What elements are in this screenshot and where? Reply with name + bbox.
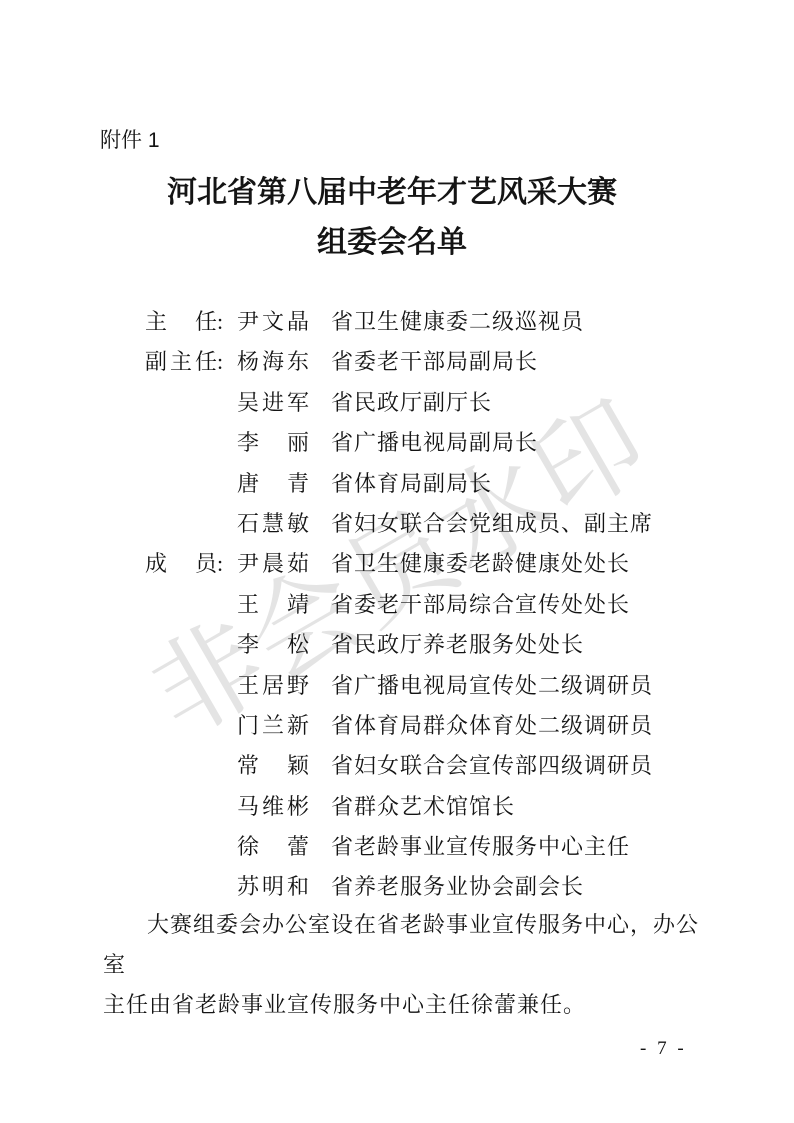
role-cell — [145, 706, 237, 746]
member-name: 唐青 — [237, 464, 309, 504]
role-cell — [145, 787, 237, 827]
member-position: 省委老干部局综合宣传处处长 — [331, 585, 714, 625]
member-position: 省卫生健康委二级巡视员 — [331, 302, 714, 342]
attachment-label: 附件 1 — [100, 128, 160, 154]
member-position: 省卫生健康委老龄健康处处长 — [331, 544, 714, 584]
role-cell — [145, 423, 237, 463]
member-position: 省体育局群众体育处二级调研员 — [331, 706, 714, 746]
committee-row: 唐青 省体育局副局长 — [145, 464, 714, 504]
committee-row: 吴进军 省民政厅副厅长 — [145, 383, 714, 423]
document-title-line2: 组委会名单 — [0, 218, 784, 268]
committee-row: 李松 省民政厅养老服务处处长 — [145, 625, 714, 665]
member-name: 李丽 — [237, 423, 309, 463]
member-name: 门兰新 — [237, 706, 309, 746]
document-title: 河北省第八届中老年才艺风采大赛 组委会名单 — [0, 168, 784, 268]
member-name: 尹文晶 — [237, 302, 309, 342]
document-page: 非会员水印 附件 1 河北省第八届中老年才艺风采大赛 组委会名单 主任: 尹文晶… — [0, 0, 794, 1123]
committee-row: 副主任: 杨海东 省委老干部局副局长 — [145, 342, 714, 382]
role-cell — [145, 867, 237, 907]
document-title-line1: 河北省第八届中老年才艺风采大赛 — [0, 168, 784, 218]
committee-row: 石慧敏 省妇女联合会党组成员、副主席 — [145, 504, 714, 544]
committee-row: 成员: 尹晨茹 省卫生健康委老龄健康处处长 — [145, 544, 714, 584]
member-name: 王靖 — [237, 585, 309, 625]
role-label: 成员 — [145, 544, 217, 584]
role-cell — [145, 746, 237, 786]
role-label: 副主任 — [145, 342, 217, 382]
page-number: - 7 - — [640, 1038, 687, 1060]
role-colon: : — [217, 544, 223, 584]
role-cell — [145, 625, 237, 665]
member-name: 徐蕾 — [237, 827, 309, 867]
member-name: 王居野 — [237, 666, 309, 706]
member-position: 省养老服务业协会副会长 — [331, 867, 714, 907]
role-cell — [145, 585, 237, 625]
member-name: 吴进军 — [237, 383, 309, 423]
committee-row: 门兰新 省体育局群众体育处二级调研员 — [145, 706, 714, 746]
role-cell: 主任: — [145, 302, 237, 342]
committee-list: 主任: 尹文晶 省卫生健康委二级巡视员 副主任: 杨海东 省委老干部局副局长 吴… — [145, 302, 714, 908]
role-cell — [145, 383, 237, 423]
member-name: 马维彬 — [237, 787, 309, 827]
closing-paragraph-line2: 主任由省老龄事业宣传服务中心主任徐蕾兼任。 — [103, 985, 703, 1025]
role-cell — [145, 464, 237, 504]
role-cell: 副主任: — [145, 342, 237, 382]
committee-row: 李丽 省广播电视局副局长 — [145, 423, 714, 463]
role-cell — [145, 504, 237, 544]
closing-paragraph-line1: 大赛组委会办公室设在省老龄事业宣传服务中心，办公室 — [103, 905, 703, 985]
member-position: 省广播电视局宣传处二级调研员 — [331, 666, 714, 706]
role-label: 主任 — [145, 302, 217, 342]
role-colon: : — [217, 342, 223, 382]
member-name: 石慧敏 — [237, 504, 309, 544]
member-position: 省体育局副局长 — [331, 464, 714, 504]
committee-row: 苏明和 省养老服务业协会副会长 — [145, 867, 714, 907]
member-position: 省广播电视局副局长 — [331, 423, 714, 463]
member-position: 省妇女联合会宣传部四级调研员 — [331, 746, 714, 786]
member-position: 省民政厅养老服务处处长 — [331, 625, 714, 665]
committee-row: 主任: 尹文晶 省卫生健康委二级巡视员 — [145, 302, 714, 342]
member-position: 省群众艺术馆馆长 — [331, 787, 714, 827]
member-name: 杨海东 — [237, 342, 309, 382]
committee-row: 王靖 省委老干部局综合宣传处处长 — [145, 585, 714, 625]
member-position: 省委老干部局副局长 — [331, 342, 714, 382]
role-colon: : — [217, 302, 223, 342]
member-position: 省老龄事业宣传服务中心主任 — [331, 827, 714, 867]
member-name: 尹晨茹 — [237, 544, 309, 584]
role-cell: 成员: — [145, 544, 237, 584]
member-name: 苏明和 — [237, 867, 309, 907]
member-name: 李松 — [237, 625, 309, 665]
member-position: 省民政厅副厅长 — [331, 383, 714, 423]
committee-row: 王居野 省广播电视局宣传处二级调研员 — [145, 666, 714, 706]
committee-row: 常颖 省妇女联合会宣传部四级调研员 — [145, 746, 714, 786]
role-cell — [145, 827, 237, 867]
committee-row: 徐蕾 省老龄事业宣传服务中心主任 — [145, 827, 714, 867]
member-position: 省妇女联合会党组成员、副主席 — [331, 504, 714, 544]
role-cell — [145, 666, 237, 706]
member-name: 常颖 — [237, 746, 309, 786]
document-content: 附件 1 河北省第八届中老年才艺风采大赛 组委会名单 主任: 尹文晶 省卫生健康… — [0, 0, 794, 1123]
committee-row: 马维彬 省群众艺术馆馆长 — [145, 787, 714, 827]
closing-paragraph: 大赛组委会办公室设在省老龄事业宣传服务中心，办公室 主任由省老龄事业宣传服务中心… — [103, 905, 703, 1025]
